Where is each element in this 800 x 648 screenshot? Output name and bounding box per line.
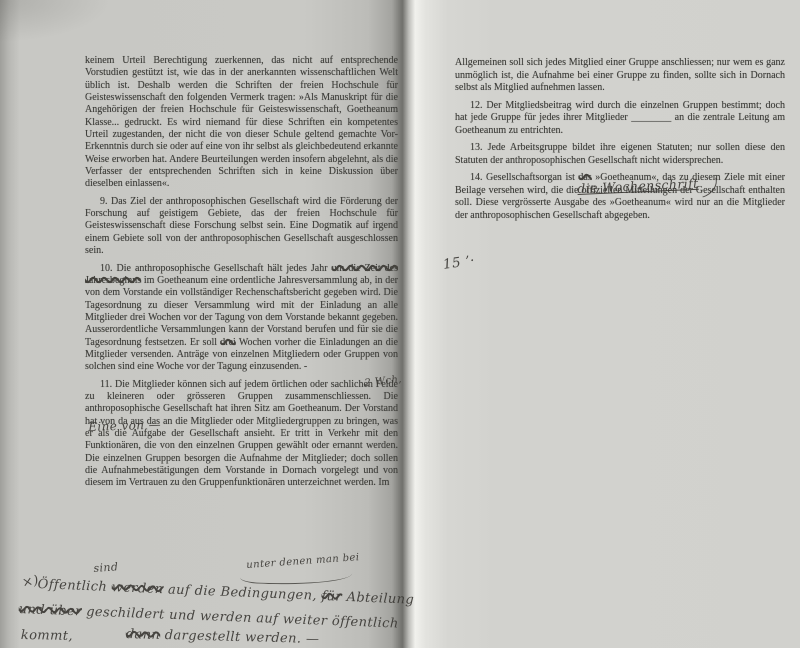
struck-text: um die Zeit des Jahresbeginns bbox=[85, 263, 398, 286]
right-page-text: Allgemeinen soll sich jedes Mitglied ein… bbox=[455, 57, 785, 222]
struck-text: dann bbox=[126, 627, 161, 643]
paragraph: 13. Jede Arbeitsgruppe bildet ihre eigen… bbox=[455, 142, 785, 167]
struck-text: für bbox=[321, 589, 342, 605]
handwritten-insert-word: sind bbox=[93, 560, 119, 575]
handwritten-number-note: 15 ’· bbox=[442, 253, 476, 273]
handwritten-inline-note: Eine von — bbox=[88, 417, 161, 434]
paragraph: keinem Urteil Berechtigung zuerkennen, d… bbox=[85, 55, 398, 191]
handwritten-footnote-line-3-start: kommt, bbox=[21, 628, 73, 644]
book-scan-spread: keinem Urteil Berechtigung zuerkennen, d… bbox=[0, 0, 800, 648]
handwritten-footnote-line-1: Öffentlich werden auf die Bedingungen, f… bbox=[37, 577, 414, 608]
pen-insert-curve bbox=[240, 568, 352, 587]
struck-text: und über bbox=[18, 602, 82, 619]
handwritten-footnote-line-2: und über geschildert und werden auf weit… bbox=[18, 602, 398, 632]
struck-text: werden bbox=[111, 580, 163, 597]
struck-text: drei bbox=[220, 337, 236, 348]
paragraph: 12. Der Mitgliedsbeitrag wird durch die … bbox=[455, 100, 785, 138]
paragraph: 10. Die anthroposophische Gesellschaft h… bbox=[85, 263, 398, 374]
paragraph: 9. Das Ziel der anthroposophischen Gesel… bbox=[85, 196, 398, 258]
paragraph: 11. Die Mitglieder können sich auf jedem… bbox=[85, 379, 398, 490]
handwritten-footnote-line-3-end: dann dargestellt werden. — bbox=[126, 627, 320, 647]
paragraph: Allgemeinen soll sich jedes Mitglied ein… bbox=[455, 57, 785, 95]
